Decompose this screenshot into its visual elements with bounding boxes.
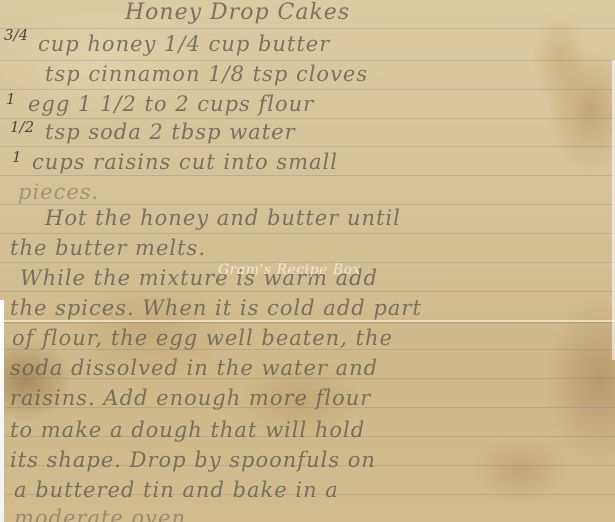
ingredient-line: cups raisins cut into small: [32, 150, 338, 174]
torn-edge: [0, 300, 4, 522]
watermark: Gram's Recipe Box: [218, 262, 361, 278]
ruled-line: [0, 118, 615, 119]
ruled-line: [0, 146, 615, 147]
direction-line: of flour, the egg well beaten, the: [12, 326, 393, 350]
direction-line: a buttered tin and bake in a: [14, 478, 339, 502]
ingredient-qty: 1/2: [10, 120, 34, 134]
direction-line: raisins. Add enough more flour: [10, 386, 371, 410]
ingredient-line: tsp soda 2 tbsp water: [45, 120, 296, 144]
direction-line: the butter melts.: [10, 236, 206, 260]
recipe-card: Honey Drop Cakes 3/4 cup honey 1/4 cup b…: [0, 0, 615, 522]
ruled-line: [0, 204, 615, 205]
ingredient-line: tsp cinnamon 1/8 tsp cloves: [45, 62, 368, 86]
ruled-line: [0, 89, 615, 90]
ruled-line: [0, 28, 615, 29]
direction-line: its shape. Drop by spoonfuls on: [10, 448, 376, 472]
ruled-line: [0, 291, 615, 292]
ruled-line: [0, 233, 615, 234]
ingredient-line: egg 1 1/2 to 2 cups flour: [28, 92, 314, 116]
ingredient-qty: 1: [12, 150, 22, 164]
ruled-line: [0, 175, 615, 176]
ingredient-line: cup honey 1/4 cup butter: [38, 32, 330, 56]
ingredient-qty: 1: [6, 92, 16, 106]
ruled-line: [0, 60, 615, 61]
direction-line: to make a dough that will hold: [10, 418, 365, 442]
direction-line: soda dissolved in the water and: [10, 356, 378, 380]
ingredient-line: pieces.: [18, 180, 99, 204]
direction-line: moderate oven.: [14, 506, 194, 522]
paper-fold: [0, 320, 615, 322]
ingredient-qty: 3/4: [4, 28, 28, 42]
recipe-title: Honey Drop Cakes: [125, 0, 350, 25]
direction-line: the spices. When it is cold add part: [10, 296, 422, 320]
direction-line: Hot the honey and butter until: [45, 206, 401, 230]
